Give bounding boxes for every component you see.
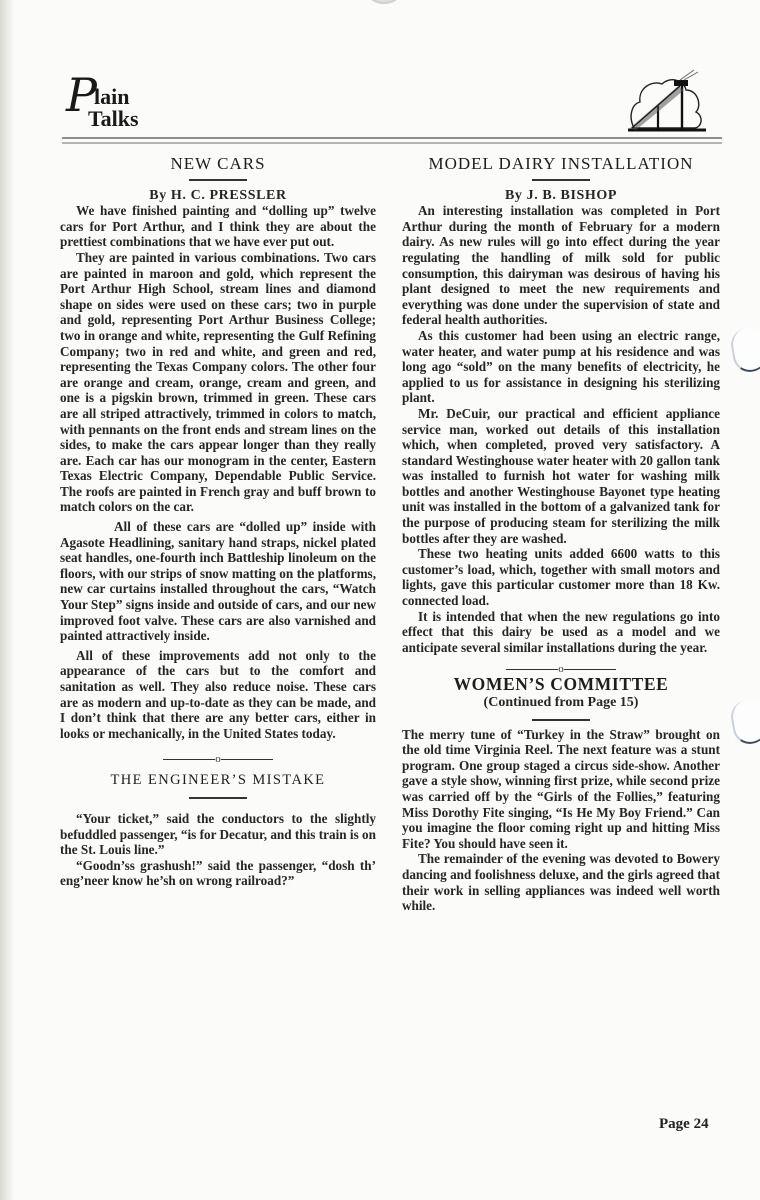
masthead-rule xyxy=(62,137,722,144)
article-paragraph: All of these cars are “dolled up” inside… xyxy=(60,519,376,644)
page-number: Page 24 xyxy=(659,1116,709,1133)
title-rule xyxy=(532,719,590,721)
left-column: NEW CARS By H. C. PRESSLER We have finis… xyxy=(60,150,376,889)
page-edge-shadow xyxy=(0,0,14,1200)
right-column: MODEL DAIRY INSTALLATION By J. B. BISHOP… xyxy=(402,150,720,914)
article-paragraph: We have finished painting and “dolling u… xyxy=(60,203,376,250)
title-rule xyxy=(189,797,247,799)
article-paragraph: It is intended that when the new regulat… xyxy=(402,609,720,656)
title-rule xyxy=(532,179,590,181)
logo-word-talks: Talks xyxy=(88,108,139,130)
article-paragraph: “Your ticket,” said the conductors to th… xyxy=(60,811,376,858)
plain-talks-logo: P lain Talks xyxy=(66,78,150,136)
article-paragraph: As this customer had been using an elect… xyxy=(402,328,720,406)
logo-word-lain: lain xyxy=(94,86,129,108)
article-paragraph: The remainder of the evening was devoted… xyxy=(402,851,720,913)
article-paragraph: All of these improvements add not only t… xyxy=(60,648,376,742)
article-title: MODEL DAIRY INSTALLATION xyxy=(402,156,720,172)
article-paragraph: They are painted in various combinations… xyxy=(60,250,376,515)
article-engineers-mistake: THE ENGINEER’S MISTAKE “Your ticket,” sa… xyxy=(60,773,376,889)
transmission-tower-icon xyxy=(622,66,712,136)
article-title: WOMEN’S COMMITTEE xyxy=(402,677,720,693)
title-rule xyxy=(189,179,247,181)
article-byline: By J. B. BISHOP xyxy=(402,188,720,204)
article-byline: By H. C. PRESSLER xyxy=(60,188,376,204)
article-womens-committee: WOMEN’S COMMITTEE (Continued from Page 1… xyxy=(402,677,720,913)
article-paragraph: These two heating units added 6600 watts… xyxy=(402,546,720,608)
article-title: THE ENGINEER’S MISTAKE xyxy=(60,773,376,789)
article-subtitle: (Continued from Page 15) xyxy=(402,695,720,711)
binder-hole-right-lower xyxy=(728,697,760,746)
section-separator: o xyxy=(60,753,376,765)
article-title: NEW CARS xyxy=(60,156,376,172)
binder-hole-top xyxy=(362,0,406,4)
article-paragraph: The merry tune of “Turkey in the Straw” … xyxy=(402,727,720,852)
article-model-dairy: MODEL DAIRY INSTALLATION By J. B. BISHOP… xyxy=(402,156,720,655)
binder-hole-right-upper xyxy=(728,325,760,374)
article-paragraph: “Goodn’ss grashush!” said the passenger,… xyxy=(60,858,376,889)
article-paragraph: Mr. DeCuir, our practical and efficient … xyxy=(402,406,720,546)
article-new-cars: NEW CARS By H. C. PRESSLER We have finis… xyxy=(60,156,376,741)
article-paragraph: An interesting installation was complete… xyxy=(402,203,720,328)
